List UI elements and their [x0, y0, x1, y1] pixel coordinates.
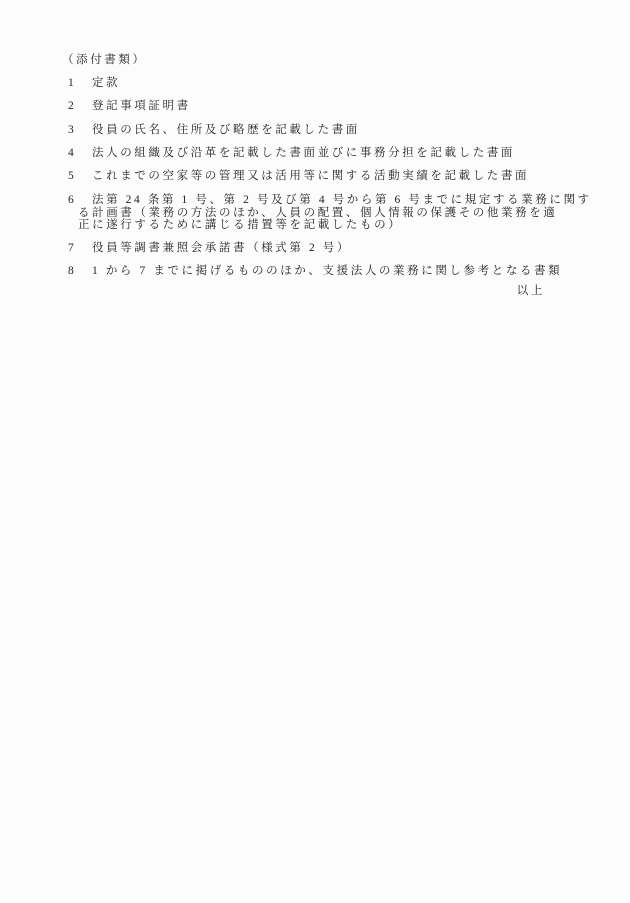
- attachments-heading: （添付書類）: [62, 54, 630, 67]
- item-number-2: 2: [68, 100, 74, 113]
- list-item-6: 6 法第 24 条第 1 号、第 2 号及び第 4 号から第 6 号までに規定す…: [0, 194, 630, 232]
- item-number-6: 6: [68, 194, 74, 207]
- item-text-3: 役員の氏名、住所及び略歴を記載した書面: [92, 124, 630, 137]
- list-item-8: 8 1 から 7 までに掲げるもののほか、支援法人の業務に関し参考となる書類: [0, 265, 630, 278]
- item-number-8: 8: [68, 265, 74, 278]
- item-number-7: 7: [68, 242, 74, 255]
- item-text-5: これまでの空家等の管理又は活用等に関する活動実績を記載した書面: [92, 170, 630, 183]
- list-item-2: 2 登記事項証明書: [0, 100, 630, 113]
- document-page: （添付書類） 1 定款 2 登記事項証明書 3 役員の氏名、住所及び略歴を記載し…: [0, 0, 630, 903]
- item-text-1: 定款: [92, 77, 630, 90]
- item-number-5: 5: [68, 170, 74, 183]
- item-text-8: 1 から 7 までに掲げるもののほか、支援法人の業務に関し参考となる書類: [92, 265, 630, 278]
- item-text-4: 法人の組織及び沿革を記載した書面並びに事務分担を記載した書面: [92, 147, 630, 160]
- closing-mark: 以上: [0, 285, 630, 298]
- item-text-6-line-1: 法第 24 条第 1 号、第 2 号及び第 4 号から第 6 号までに規定する業…: [92, 194, 630, 207]
- list-item-1: 1 定款: [0, 77, 630, 90]
- item-number-3: 3: [68, 124, 74, 137]
- item-number-4: 4: [68, 147, 74, 160]
- item-text-6-line-2: る計画書（業務の方法のほか、人員の配置、個人情報の保護その他業務を適: [78, 207, 630, 220]
- item-text-7: 役員等調書兼照会承諾書（様式第 2 号）: [92, 242, 630, 255]
- list-item-5: 5 これまでの空家等の管理又は活用等に関する活動実績を記載した書面: [0, 170, 630, 183]
- list-item-3: 3 役員の氏名、住所及び略歴を記載した書面: [0, 124, 630, 137]
- list-item-4: 4 法人の組織及び沿革を記載した書面並びに事務分担を記載した書面: [0, 147, 630, 160]
- item-text-2: 登記事項証明書: [92, 100, 630, 113]
- item-number-1: 1: [68, 77, 74, 90]
- item-text-6-line-3: 正に遂行するために講じる措置等を記載したもの）: [78, 219, 630, 232]
- list-item-7: 7 役員等調書兼照会承諾書（様式第 2 号）: [0, 242, 630, 255]
